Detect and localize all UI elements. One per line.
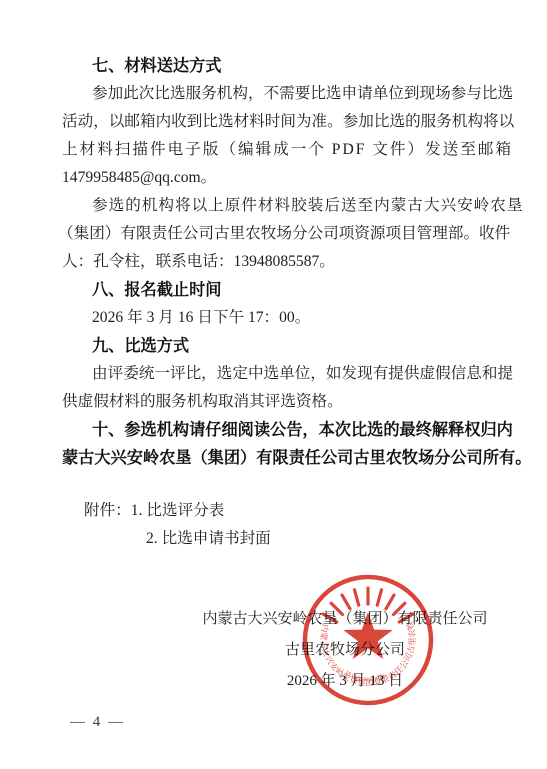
section-10-line2: 蒙古大兴安岭农垦（集团）有限责任公司古里农牧场分公司所有。	[62, 444, 498, 472]
attachment-line-2: 2. 比选申请书封面	[62, 525, 498, 553]
section-7-heading: 七、材料送达方式	[62, 52, 498, 80]
body-line: 上材料扫描件电子版（编辑成一个 PDF 文件）发送至邮箱	[62, 136, 498, 164]
section-10-heading: 十、参选机构请仔细阅读公告，本次比选的最终解释权归内	[62, 416, 498, 444]
body-text: 七、材料送达方式 参加此次比选服务机构，不需要比选申请单位到现场参与比选 活动，…	[62, 52, 498, 553]
attachments: 附件：1. 比选评分表 2. 比选申请书封面	[62, 497, 498, 553]
body-line: （集团）有限责任公司古里农牧场分公司项资源项目管理部。收件	[58, 220, 498, 248]
body-line: 参加此次比选服务机构，不需要比选申请单位到现场参与比选	[62, 80, 498, 108]
page-number: — 4 —	[70, 714, 125, 731]
section-8-heading: 八、报名截止时间	[62, 276, 498, 304]
signature-company: 内蒙古大兴安岭农垦（集团）有限责任公司	[195, 604, 495, 635]
contact-line: 人：孔令柱，联系电话：13948085587。	[62, 248, 498, 276]
signature-block: 内蒙古大兴安岭农垦（集团）有限责任公司 古里农牧场分公司 2026 年 3 月 …	[195, 604, 495, 697]
email-line: 1479958485@qq.com。	[62, 164, 498, 192]
body-line: 由评委统一评比，选定中选单位，如发现有提供虚假信息和提	[62, 360, 498, 388]
body-line: 活动，以邮箱内收到比选材料时间为准。参加比选的服务机构将以	[62, 108, 498, 136]
body-line: 参选的机构将以上原件材料胶装后送至内蒙古大兴安岭农垦	[62, 192, 498, 220]
signature-date: 2026 年 3 月 13 日	[195, 666, 495, 697]
attachment-line-1: 附件：1. 比选评分表	[62, 497, 498, 525]
document-page: 七、材料送达方式 参加此次比选服务机构，不需要比选申请单位到现场参与比选 活动，…	[0, 0, 547, 769]
body-line: 供虚假材料的服务机构取消其评选资格。	[62, 388, 498, 416]
signature-branch: 古里农牧场分公司	[195, 635, 495, 666]
deadline-line: 2026 年 3 月 16 日下午 17：00。	[62, 304, 498, 332]
section-9-heading: 九、比选方式	[62, 332, 498, 360]
